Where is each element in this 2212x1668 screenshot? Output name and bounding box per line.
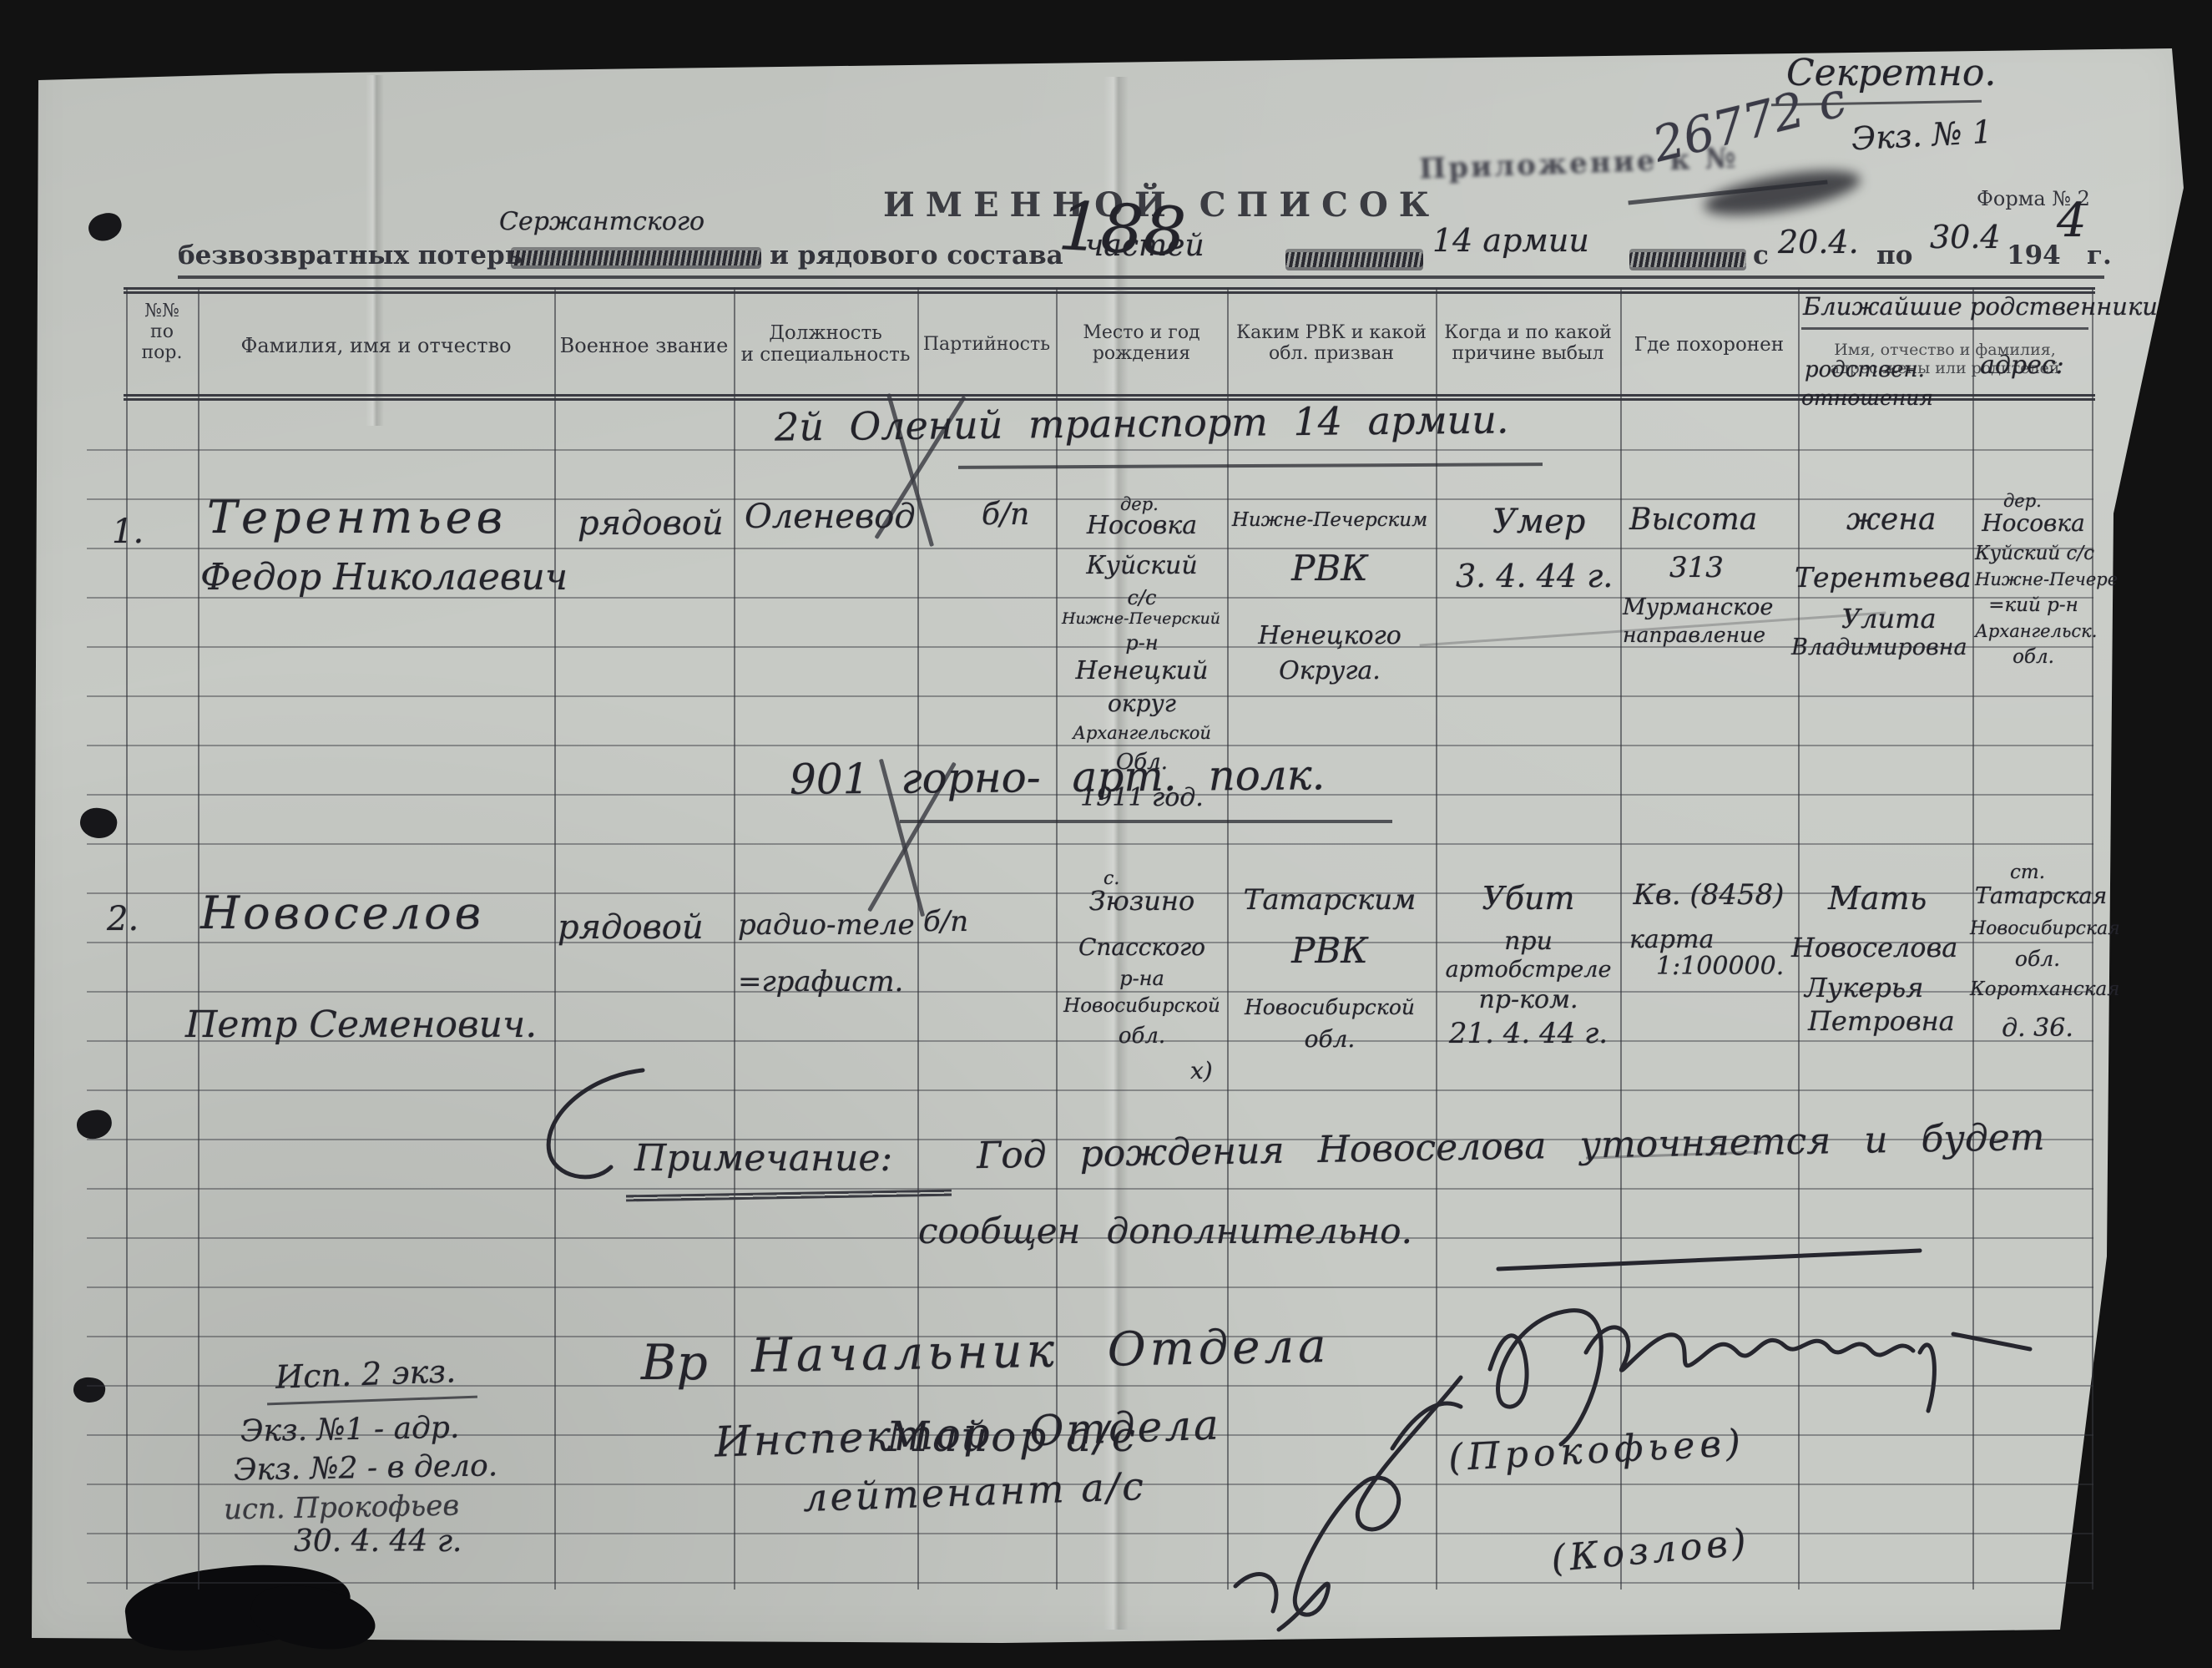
row-rvk-line: РВК [1227,548,1432,589]
signature1-role-prefix: Вр [641,1334,708,1391]
subtitle-rule [178,275,2104,279]
subtitle-date-to: 30.4 [1930,219,2001,255]
row-address-line: д. 36. [1975,1013,2100,1043]
row-relative-line: Петровна [1808,1005,1955,1037]
row-rvk-line: Округа. [1227,656,1432,685]
footer-note-line: Экз. №2 - в дело. [234,1448,498,1488]
row-rvk-line: Нижне-Печерским [1227,509,1432,531]
row-birth-line: Новосибирской [1053,995,1230,1017]
row-fate-line: пр-ком. [1439,985,1618,1014]
signature-prokofiev [1452,1227,2037,1444]
row-surname: Новоселов [200,887,484,939]
section-2-title: 901 горно- арт. полк. [790,751,1326,804]
col-header-name: Фамилия, имя и отчество [199,334,553,357]
row-address-line: Коротханская [1970,978,2105,1000]
row-birth-line: р-н [1060,631,1224,655]
row-relative-line: Лукерья [1805,972,1923,1003]
row-address-line: Носовка [1975,509,2092,537]
row-birth-line: Спасского [1058,933,1225,961]
col-header-rvk: Каким РВК и какой обл. призван [1229,322,1434,364]
row-relative-line: Терентьева [1795,561,1972,594]
row-relative-line: Владимировна [1791,634,1967,660]
row-rvk-line: Ненецкого [1227,621,1432,650]
col-header-rank: Военное звание [556,334,732,357]
subtitle-army-handwritten: 14 армии [1432,222,1589,259]
row-birth-line: Архангельской [1055,723,1229,743]
subtitle-year-printed: 194 [2007,240,2061,270]
strikethrough-scribble [511,250,761,265]
row-relative-line: жена [1846,503,1936,537]
subtitle-date-from: 20.4. [1778,224,1859,260]
row-fate-line: 3. 4. 44 г. [1456,558,1613,594]
footer-note-line: Исп. 2 экз. [275,1352,456,1396]
row-address-line: обл. [1975,947,2100,971]
pen-flourish [534,1060,651,1227]
row-birth-line: Зюзино [1058,885,1225,917]
row-relative-line: Новоселова [1791,932,1957,963]
row-address-line: дер. [2003,491,2042,511]
row-party: б/п [982,498,1029,532]
row-rvk-line: обл. [1227,1025,1432,1053]
table-column-line [554,287,556,1590]
row-rank: рядовой [578,504,724,543]
row-specialty: радио-теле [738,908,915,942]
row-address-line: Архангельск. [1975,621,2092,641]
subtitle-to-label: по [1876,240,1912,270]
col-header-fate: Когда и по какой причине выбыл [1437,322,1619,364]
copy-number: Экз. № 1 [1851,114,1993,158]
row-burial-line: 313 [1669,551,1724,584]
row-birth-line: х) [1190,1057,1213,1084]
row-burial-line: Мурманское [1623,594,1773,620]
section-2-underline [900,820,1392,823]
row-party: б/п [923,905,968,938]
table-column-line [198,287,199,1590]
subtitle-printed-2: и рядового состава [770,240,1063,270]
signature-kozlov [1185,1369,1502,1636]
footer-note-line: Экз. №1 - адр. [240,1411,460,1449]
note-text-line: сообщен дополнительно. [918,1211,1412,1251]
relatives-annotation-top: Ближайшие родственники [1803,292,2158,321]
row-address-line: Новосибирская [1970,918,2105,939]
col-header-party: Партийность [919,334,1054,355]
row-address-line: =кий р-н [1975,594,2092,616]
table-column-line [917,287,919,1590]
row-birth-line: обл. [1058,1024,1225,1049]
table-column-line [1056,287,1058,1590]
relatives-annotation-bottom: отношения [1801,386,1933,410]
row-burial-line: карта [1629,925,1714,954]
page-mark-handwritten: 188 [1057,187,1188,271]
col-header-burial: Где похоронен [1622,334,1796,356]
row-number: 2. [107,900,139,938]
col-header-duty: Должность и специальность [735,322,916,366]
row-address-line: обл. [1975,646,2092,668]
row-fate-line: Умер [1492,503,1585,541]
row-burial-line: Высота [1629,503,1757,537]
relatives-annotation-right: адрес: [1980,351,2064,380]
relatives-annotation-left: родствен. [1805,357,1925,382]
row-birth-line: с/с [1060,586,1224,609]
row-specialty: Оленевод [745,498,916,536]
row-relative-line: Мать [1828,880,1927,917]
row-fate-line: Убит [1439,880,1618,917]
row-birth-line: округ [1060,690,1224,717]
row-given-name: Петр Семенович. [185,1003,537,1046]
row-address-line: Нижне-Печере [1975,569,2092,589]
footer-note-line: исп. Прокофьев [224,1489,460,1527]
row-rvk-line: Новосибирской [1224,995,1436,1019]
row-given-name: Федор Николаевич [200,556,568,599]
section-1-title: 2й Олений транспорт 14 армии. [775,397,1509,449]
row-birth-line: Ненецкий [1060,656,1224,685]
subtitle-year-suffix: г. [2087,240,2112,270]
strikethrough-scribble [1629,252,1746,267]
strikethrough-scribble [1285,252,1423,267]
note-label: Примечание: [634,1137,892,1180]
subtitle-from-label: с [1753,240,1769,270]
row-fate-line: артобстреле [1437,957,1619,983]
row-rvk-line: Татарским [1227,883,1432,917]
subtitle-printed-1: безвозвратных потерь [178,240,523,270]
row-birth-line: р-на [1058,967,1225,990]
row-number: 1. [112,513,144,551]
row-specialty: =графист. [738,965,903,998]
row-fate-line: при [1439,927,1618,956]
row-address-line: ст. [2010,862,2045,883]
footer-note-line: 30. 4. 44 г. [294,1524,462,1559]
row-surname: Терентьев [207,491,507,543]
subtitle-insert-handwritten: Сержантского [499,207,705,236]
row-burial-line: 1:100000. [1656,952,1784,981]
row-burial-line: Кв. (8458) [1623,878,1795,912]
row-birth-line: Носовка [1060,511,1224,540]
row-fate-line: 21. 4. 44 г. [1439,1017,1618,1050]
table-column-line [126,287,128,1590]
col-header-number: №№ по пор. [128,301,196,363]
table-column-line [734,287,735,1590]
relatives-annotation-underline [1801,327,2088,330]
row-rank: рядовой [558,908,704,947]
row-address-line: Татарская [1975,883,2100,909]
subtitle-year-digit: 4 [2057,194,2087,248]
row-address-line: Куйский с/с [1975,543,2092,564]
row-relative-line: Улита [1841,603,1937,634]
row-birth-line: Нижне-Печерский [1053,609,1229,628]
row-birth-line: Куйский [1060,551,1224,580]
col-header-birth: Место и год рождения [1058,322,1225,364]
scanned-document: Секретно. Экз. № 1 Форма № 2 Приложение … [0,0,2212,1668]
row-rvk-line: РВК [1227,930,1432,971]
